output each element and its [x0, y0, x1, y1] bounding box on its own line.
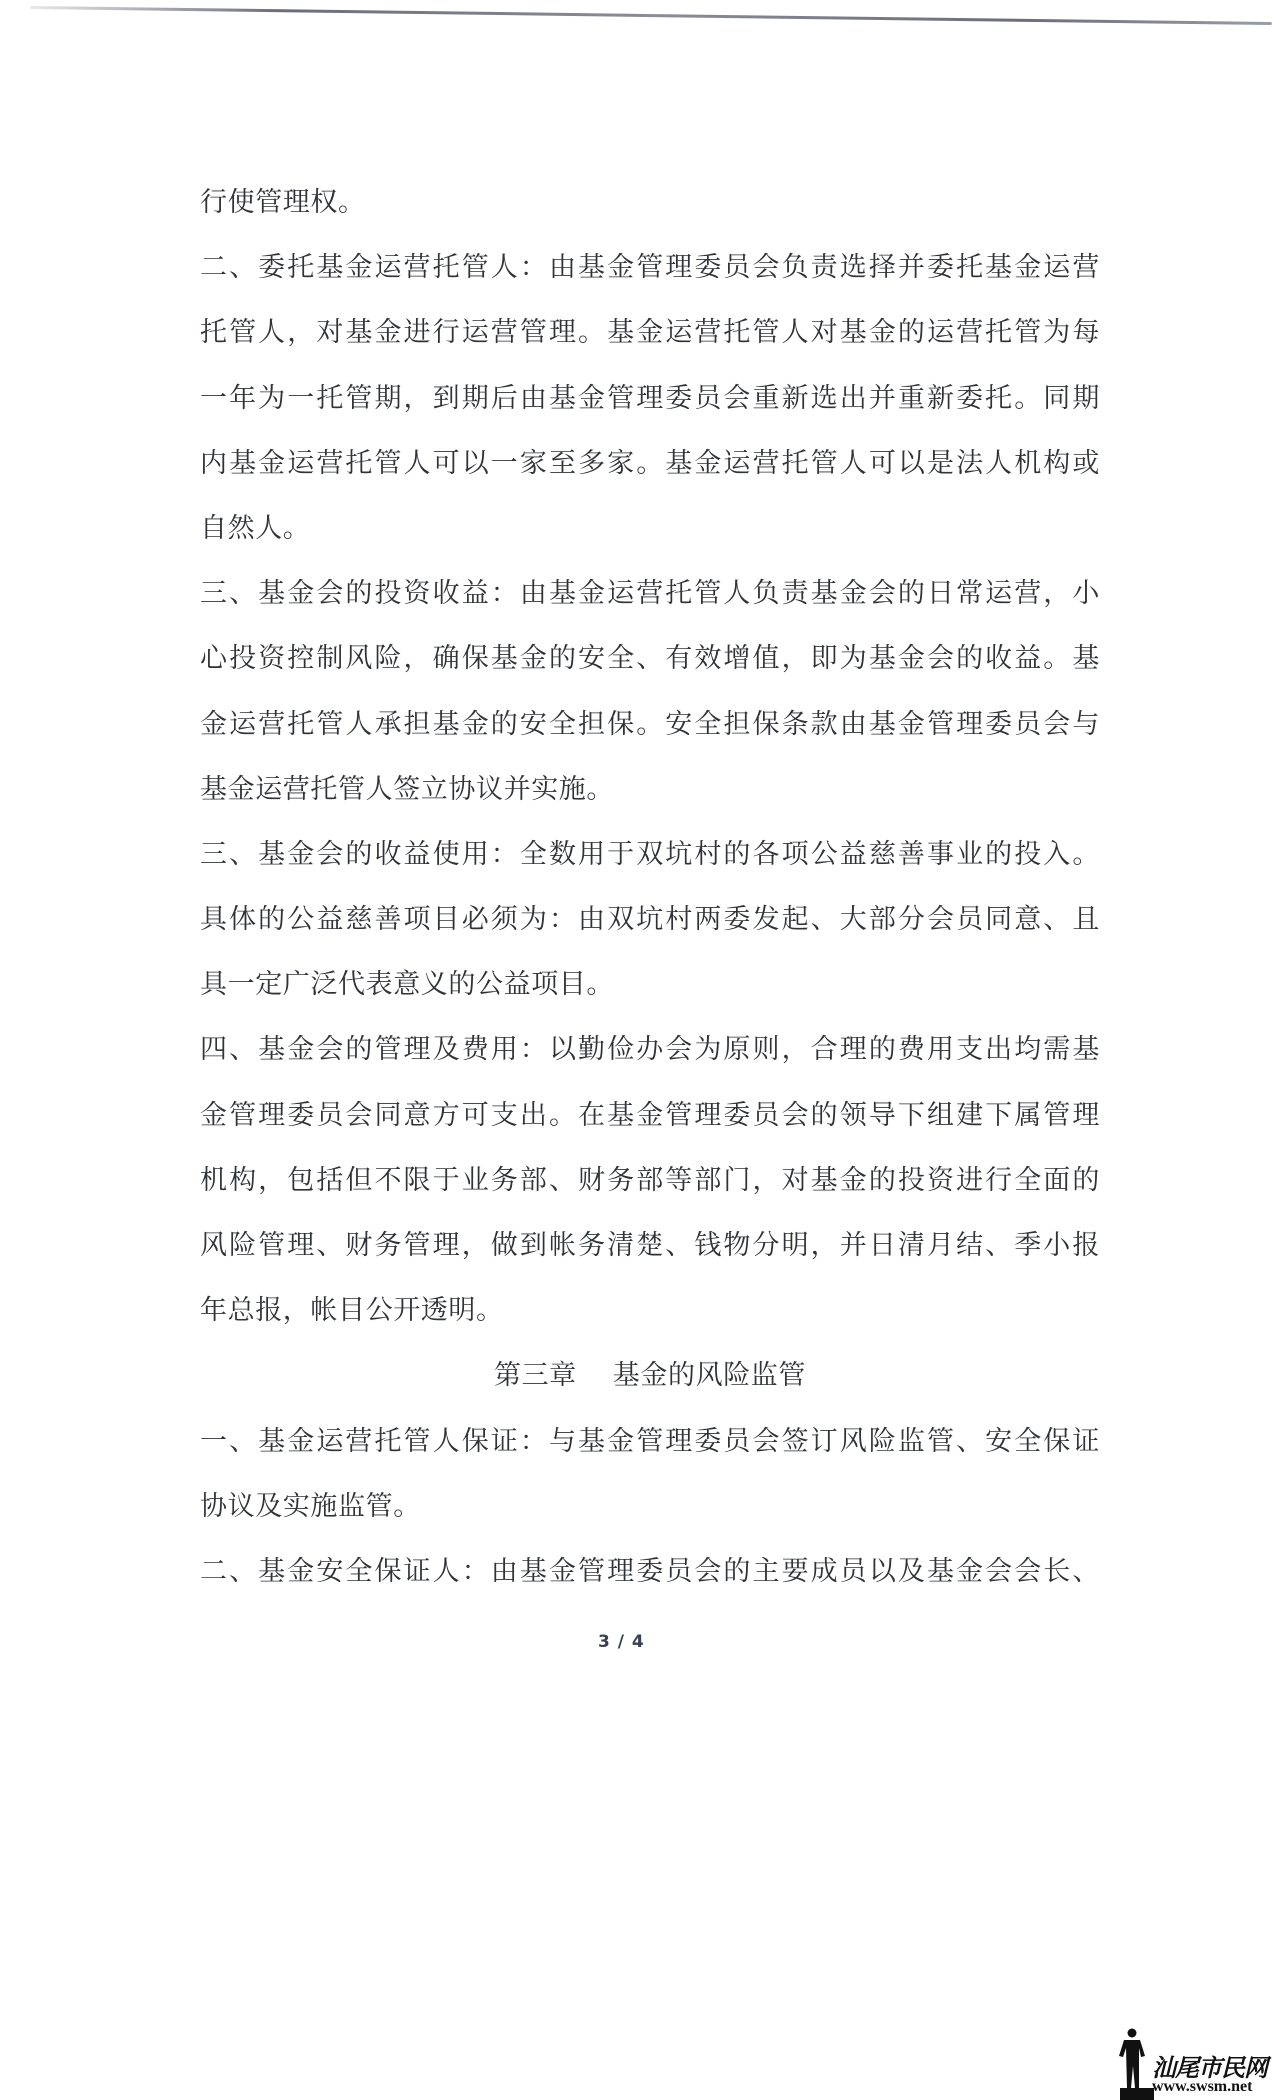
text-line: 一年为一托管期，到期后由基金管理委员会重新选出并重新委托。同期 [200, 366, 1100, 431]
document-page: 行使管理权。 二、委托基金运营托管人：由基金管理委员会负责选择并委托基金运营 托… [200, 170, 1100, 1604]
text-line: 金运营托管人承担基金的安全担保。安全担保条款由基金管理委员会与 [200, 692, 1100, 757]
text-line: 三、基金会的投资收益：由基金运营托管人负责基金会的日常运营，小 [200, 561, 1100, 626]
text-line: 具体的公益慈善项目必须为：由双坑村两委发起、大部分会员同意、且 [200, 887, 1100, 952]
chapter-heading: 第三章基金的风险监管 [200, 1343, 1100, 1408]
text-line: 内基金运营托管人可以一家至多家。基金运营托管人可以是法人机构或 [200, 431, 1100, 496]
page-number: 3 / 4 [598, 1632, 645, 1652]
text-line: 三、基金会的收益使用：全数用于双坑村的各项公益慈善事业的投入。 [200, 822, 1100, 887]
text-line: 风险管理、财务管理，做到帐务清楚、钱物分明，并日清月结、季小报 [200, 1213, 1100, 1278]
text-line: 二、基金安全保证人：由基金管理委员会的主要成员以及基金会会长、 [200, 1539, 1100, 1604]
text-line: 四、基金会的管理及费用：以勤俭办会为原则，合理的费用支出均需基 [200, 1017, 1100, 1082]
text-line: 行使管理权。 [200, 170, 1100, 235]
text-line: 机构，包括但不限于业务部、财务部等部门，对基金的投资进行全面的 [200, 1148, 1100, 1213]
text-line: 托管人，对基金进行运营管理。基金运营托管人对基金的运营托管为每 [200, 300, 1100, 365]
chapter-title: 基金的风险监管 [613, 1360, 806, 1391]
watermark-url: www.swsm.net [1152, 2078, 1252, 2096]
text-line: 具一定广泛代表意义的公益项目。 [200, 952, 1100, 1017]
chapter-number: 第三章 [494, 1360, 577, 1391]
text-line: 协议及实施监管。 [200, 1474, 1100, 1539]
text-line: 金管理委员会同意方可支出。在基金管理委员会的领导下组建下属管理 [200, 1083, 1100, 1148]
text-line: 二、委托基金运营托管人：由基金管理委员会负责选择并委托基金运营 [200, 235, 1100, 300]
watermark-logo: 汕尾市民网 www.swsm.net [1112, 2026, 1275, 2100]
text-line: 一、基金运营托管人保证：与基金管理委员会签订风险监管、安全保证 [200, 1409, 1100, 1474]
text-line: 心投资控制风险，确保基金的安全、有效增值，即为基金会的收益。基 [200, 626, 1100, 691]
text-line: 基金运营托管人签立协议并实施。 [200, 757, 1100, 822]
text-line: 自然人。 [200, 496, 1100, 561]
scan-edge-line [30, 6, 1272, 25]
text-line: 年总报，帐目公开透明。 [200, 1278, 1100, 1343]
person-silhouette-icon [1118, 2026, 1154, 2100]
